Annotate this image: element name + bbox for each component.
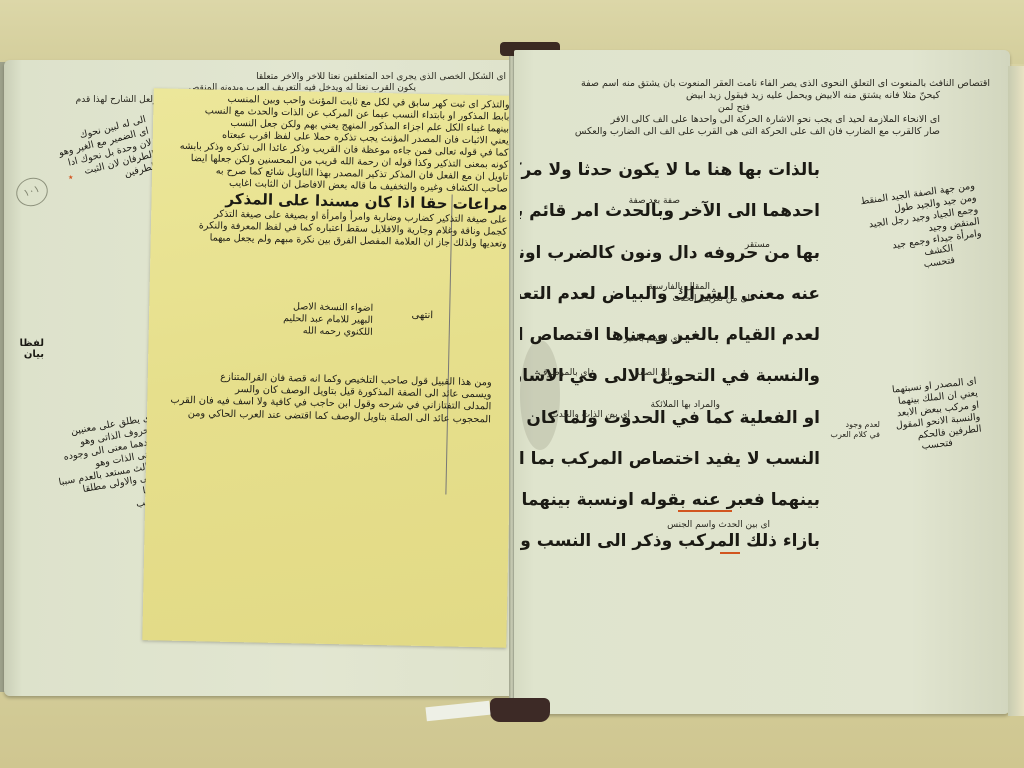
interlinear-gloss: صفة بعد صفة xyxy=(629,196,680,207)
main-text-line: بينهما فعبر عنه بقوله اونسبة بينهما لانه… xyxy=(520,490,820,511)
insert-text-block: والتذكر اى ثبت كهر سابق في لكل مع ثابت ا… xyxy=(157,92,510,250)
gloss-line: صار كالقرب مع الضارب فان الف على الحركة … xyxy=(520,126,940,138)
interlinear-gloss: اى بين الحدث واسم الجنس xyxy=(667,520,770,531)
insert-end-word: انتهى xyxy=(411,310,433,323)
margin-side-word: لفظا بيان xyxy=(20,338,44,360)
interlinear-gloss: اى بالموصوف xyxy=(538,368,590,379)
right-margin-note-top: ومن جهة الصفة الجيد المنقط ومن جيد والجي… xyxy=(860,180,986,278)
gloss-line: كيحنّ مثلا فانه يشتق منه الابيض ويحمل عل… xyxy=(520,90,940,102)
interlinear-gloss: المقال بالفارسية xyxy=(648,282,710,293)
red-underline xyxy=(720,552,740,554)
gloss-line: اى الشكل الخصى الذى يجرى احد المتعلقين ن… xyxy=(76,72,506,83)
right-page: اقتصاص النافث بالمنعوت اى التعلق النحوى … xyxy=(514,50,1010,714)
right-top-glosses: اقتصاص النافث بالمنعوت اى التعلق النحوى … xyxy=(520,78,990,137)
insert-bottom-paragraph: ومن هذا القبيل قول صاحب التلخيص وكما انه… xyxy=(161,370,492,426)
interlinear-gloss: مستقر xyxy=(745,240,770,251)
interlinear-gloss: والمراد بها الملائكة xyxy=(651,400,721,411)
interlinear-gloss: اى بين الذات والحدث xyxy=(550,410,630,421)
main-text-line: النسب لا يفيد اختصاص المركب بما اعتبر في… xyxy=(520,449,820,470)
gloss-line: فتح لمن xyxy=(520,102,750,114)
note-line: لعدم وجود xyxy=(830,420,880,430)
signature-line: البهير للامام عبد الحليم xyxy=(283,313,373,327)
interlinear-gloss: اى من تعريف الحدث xyxy=(672,294,750,305)
book-edge-right xyxy=(1008,66,1024,716)
red-ink-mark: ٭ xyxy=(68,172,73,185)
gloss-line: اقتصاص النافث بالمنعوت اى التعلق النحوى … xyxy=(520,78,990,90)
insert-signature: اضواء النسخة الاصل البهير للامام عبد الح… xyxy=(283,301,374,339)
right-main-text: بالذات بها هنا ما لا يكون حدثا ولا مركبا… xyxy=(520,160,820,553)
main-text-line: بها من حروفه دال ونون كالضرب اونا ونون ك… xyxy=(520,243,820,264)
folio-number: ١٠١ xyxy=(12,173,52,210)
signature-line: اللكنوي رحمه الله xyxy=(283,325,373,339)
right-margin-note-middle: اى المصدر او نسبتهما يعني ان الملك بينهم… xyxy=(892,376,984,456)
right-margin-note-small: لعدم وجود في كلام العرب xyxy=(830,420,880,440)
red-underline xyxy=(678,510,732,512)
main-text-line: بالذات بها هنا ما لا يكون حدثا ولا مركبا… xyxy=(520,160,820,181)
main-text-line: بازاء ذلك المركب وذكر الى النسب والتذكير… xyxy=(520,531,820,552)
note-line: في كلام العرب xyxy=(830,430,880,440)
paper-insert: والتذكر اى ثبت كهر سابق في لكل مع ثابت ا… xyxy=(142,88,517,648)
interlinear-gloss: اى القيام بالغير xyxy=(624,334,680,345)
gloss-line: اى الانحاء الملازمة لحيد اى يجب نحو الاش… xyxy=(520,114,940,126)
interlinear-gloss: اى الصفة xyxy=(635,368,670,379)
binding-bottom xyxy=(490,698,550,722)
